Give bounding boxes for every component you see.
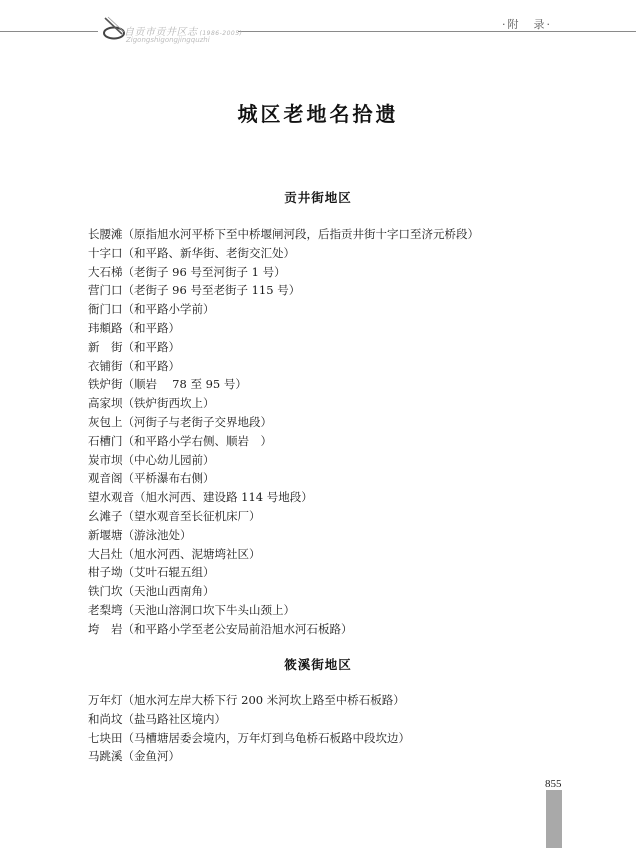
place-description: （望水观音至长征机床厂） xyxy=(123,509,261,523)
place-name: 玮頫路 xyxy=(88,321,123,335)
list-item: 万年灯（旭水河左岸大桥下行 200 米河坎上路至中桥石板路） xyxy=(88,691,410,710)
place-description: （顺岩 78 至 95 号） xyxy=(123,377,247,391)
place-description: （中心幼儿园前） xyxy=(123,453,215,467)
place-name: 衙门口 xyxy=(88,302,123,316)
place-description: （河街子与老街子交界地段） xyxy=(123,415,273,429)
entry-list-xiaoxijie: 万年灯（旭水河左岸大桥下行 200 米河坎上路至中桥石板路） 和尚坟（盐马路社区… xyxy=(88,691,410,766)
list-item: 衣铺街（和平路） xyxy=(88,357,479,376)
place-description: （旭水河西、泥塘塆社区） xyxy=(123,547,261,561)
place-name: 铁门坎 xyxy=(88,584,123,598)
place-description: （老街子 96 号至老街子 115 号） xyxy=(123,283,301,297)
place-description: （铁炉街西坎上） xyxy=(123,396,215,410)
list-item: 玮頫路（和平路） xyxy=(88,319,479,338)
place-name: 和尚坟 xyxy=(88,712,123,726)
place-name: 垮 岩 xyxy=(88,622,123,636)
place-description: （游泳池处） xyxy=(123,528,192,542)
place-name: 炭市坝 xyxy=(88,453,123,467)
place-name: 大吕灶 xyxy=(88,547,123,561)
list-item: 大吕灶（旭水河西、泥塘塆社区） xyxy=(88,545,479,564)
place-description: （和平路） xyxy=(123,359,181,373)
list-item: 炭市坝（中心幼儿园前） xyxy=(88,451,479,470)
place-description: （和平路） xyxy=(123,340,181,354)
page-number: 855 xyxy=(545,778,562,790)
place-name: 灰包上 xyxy=(88,415,123,429)
list-item: 垮 岩（和平路小学至老公安局前沿旭水河石板路） xyxy=(88,620,479,639)
list-item: 衙门口（和平路小学前） xyxy=(88,300,479,319)
place-description: （和平路小学右侧、顺岩 ） xyxy=(123,434,273,448)
place-description: （老街子 96 号至河街子 1 号） xyxy=(123,265,286,279)
list-item: 铁门坎（天池山西南角） xyxy=(88,582,479,601)
place-description: （金鱼河） xyxy=(123,749,181,763)
place-name: 铁炉街 xyxy=(88,377,123,391)
place-name: 老梨塆 xyxy=(88,603,123,617)
place-description: （艾叶石辊五组） xyxy=(123,565,215,579)
place-description: （盐马路社区境内） xyxy=(123,712,227,726)
place-description: （原指旭水河平桥下至中桥堰闸河段，后指贡井街十字口至济元桥段） xyxy=(123,227,480,241)
list-item: 石槽门（和平路小学右侧、顺岩 ） xyxy=(88,432,479,451)
page-edge-tab xyxy=(546,790,562,848)
place-name: 营门口 xyxy=(88,283,123,297)
district-heading-gongjingjie: 贡井街地区 xyxy=(0,188,636,206)
place-name: 望水观音 xyxy=(88,490,134,504)
district-heading-xiaoxijie: 筱溪街地区 xyxy=(0,655,636,673)
list-item: 高家坝（铁炉街西坎上） xyxy=(88,394,479,413)
place-description: （和平路小学至老公安局前沿旭水河石板路） xyxy=(123,622,353,636)
place-description: （旭水河西、建设路 114 号地段） xyxy=(134,490,313,504)
place-description: （和平路、新华街、老街交汇处） xyxy=(123,246,296,260)
place-description: （和平路） xyxy=(123,321,181,335)
list-item: 观音阁（平桥瀑布右侧） xyxy=(88,469,479,488)
list-item: 大石梯（老街子 96 号至河街子 1 号） xyxy=(88,263,479,282)
list-item: 铁炉街（顺岩 78 至 95 号） xyxy=(88,375,479,394)
logo-pinyin: Zigongshigongjingquzhi xyxy=(126,36,210,44)
place-description: （天池山西南角） xyxy=(123,584,215,598)
list-item: 望水观音（旭水河西、建设路 114 号地段） xyxy=(88,488,479,507)
place-name: 观音阁 xyxy=(88,471,123,485)
place-name: 马跳溪 xyxy=(88,749,123,763)
list-item: 灰包上（河街子与老街子交界地段） xyxy=(88,413,479,432)
place-name: 幺滩子 xyxy=(88,509,123,523)
place-description: （天池山溶洞口坎下牛头山颈上） xyxy=(123,603,296,617)
book-logo: 自贡市贡井区志(1986-2005) Zigongshigongjingquzh… xyxy=(98,12,238,46)
list-item: 马跳溪（金鱼河） xyxy=(88,747,410,766)
entry-list-gongjingjie: 长腰滩（原指旭水河平桥下至中桥堰闸河段，后指贡井街十字口至济元桥段） 十字口（和… xyxy=(88,225,479,639)
place-name: 新堰塘 xyxy=(88,528,123,542)
place-name: 柑子坳 xyxy=(88,565,123,579)
place-name: 高家坝 xyxy=(88,396,123,410)
section-tag: ·附 录· xyxy=(502,16,552,32)
list-item: 长腰滩（原指旭水河平桥下至中桥堰闸河段，后指贡井街十字口至济元桥段） xyxy=(88,225,479,244)
list-item: 十字口（和平路、新华街、老街交汇处） xyxy=(88,244,479,263)
place-name: 万年灯 xyxy=(88,693,123,707)
place-description: （马槽塘居委会境内，万年灯到乌龟桥石板路中段坎边） xyxy=(123,731,411,745)
list-item: 和尚坟（盐马路社区境内） xyxy=(88,710,410,729)
list-item: 老梨塆（天池山溶洞口坎下牛头山颈上） xyxy=(88,601,479,620)
list-item: 柑子坳（艾叶石辊五组） xyxy=(88,563,479,582)
place-description: （和平路小学前） xyxy=(123,302,215,316)
place-name: 大石梯 xyxy=(88,265,123,279)
place-description: （旭水河左岸大桥下行 200 米河坎上路至中桥石板路） xyxy=(123,693,405,707)
place-name: 新 街 xyxy=(88,340,123,354)
list-item: 新堰塘（游泳池处） xyxy=(88,526,479,545)
place-name: 十字口 xyxy=(88,246,123,260)
place-name: 长腰滩 xyxy=(88,227,123,241)
page-title: 城区老地名拾遗 xyxy=(0,98,636,127)
list-item: 营门口（老街子 96 号至老街子 115 号） xyxy=(88,281,479,300)
list-item: 幺滩子（望水观音至长征机床厂） xyxy=(88,507,479,526)
place-name: 七块田 xyxy=(88,731,123,745)
place-description: （平桥瀑布右侧） xyxy=(123,471,215,485)
place-name: 衣铺街 xyxy=(88,359,123,373)
list-item: 新 街（和平路） xyxy=(88,338,479,357)
place-name: 石槽门 xyxy=(88,434,123,448)
list-item: 七块田（马槽塘居委会境内，万年灯到乌龟桥石板路中段坎边） xyxy=(88,729,410,748)
